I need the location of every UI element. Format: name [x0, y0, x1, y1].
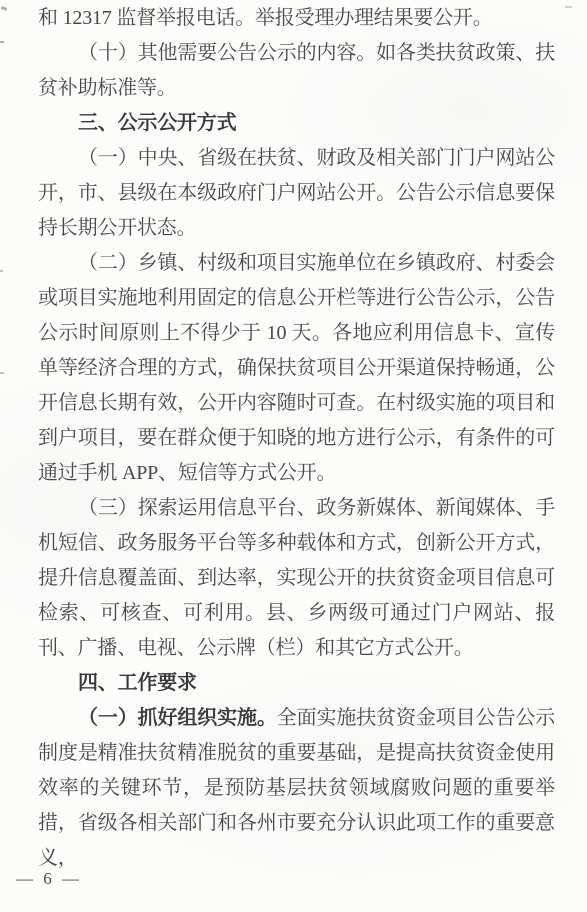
- body-paragraph: （三）探索运用信息平台、政务新媒体、新闻媒体、手机短信、政务服务平台等多种载体和…: [38, 491, 555, 666]
- scan-artifact: [0, 270, 3, 272]
- body-paragraph: 和 12317 监督举报电话。举报受理办理结果要公开。: [38, 1, 555, 36]
- scan-artifact: [0, 372, 4, 374]
- body-paragraph: （一）抓好组织实施。全面实施扶贫资金项目公告公示制度是精准扶贫精准脱贫的重要基础…: [38, 701, 555, 876]
- section-heading: 四、工作要求: [38, 666, 555, 701]
- section-heading: 三、公示公开方式: [38, 106, 555, 141]
- body-paragraph: （二）乡镇、村级和项目实施单位在乡镇政府、村委会或项目实施地利用固定的信息公开栏…: [38, 246, 555, 491]
- document-text-block: 和 12317 监督举报电话。举报受理办理结果要公开。 （十）其他需要公告公示的…: [38, 1, 555, 876]
- paragraph-text: 全面实施扶贫资金项目公告公示制度是精准扶贫精准脱贫的重要基础，是提高扶贫资金使用…: [38, 707, 555, 869]
- scan-artifact: [0, 41, 4, 43]
- body-paragraph: （十）其他需要公告公示的内容。如各类扶贫政策、扶贫补助标准等。: [38, 36, 555, 106]
- scan-artifact: [1, 6, 8, 11]
- scan-artifact: [565, 6, 572, 8]
- paragraph-lead: （一）抓好组织实施。: [78, 707, 277, 729]
- document-page: 和 12317 监督举报电话。举报受理办理结果要公开。 （十）其他需要公告公示的…: [0, 0, 587, 912]
- page-number: — 6 —: [16, 868, 82, 890]
- body-paragraph: （一）中央、省级在扶贫、财政及相关部门门户网站公开，市、县级在本级政府门户网站公…: [38, 141, 555, 246]
